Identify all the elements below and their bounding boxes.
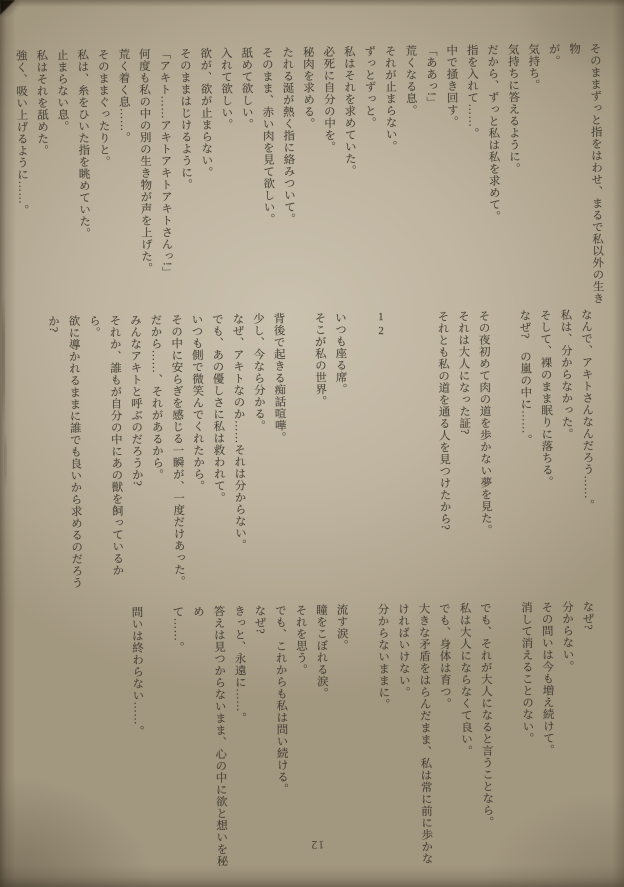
page-text-layer: そのままずっと指をはわせ、まるで私以外の生き物が。気持ち。気持ちに答えるように。… [0,0,624,887]
text-column: 流す涙。 [331,604,355,874]
text-column: なんで、アキトさんなんだろう……。 [575,309,599,585]
text-column: 秘肉を求める。 [297,46,321,314]
text-column: 荒く着く息……。 [113,48,137,316]
text-column: が。 [543,43,567,311]
text-column: でも、身体は育つ。 [433,602,457,872]
text-column: その問いは今も増え続けて。 [536,601,560,871]
text-column: いつも側で微笑んでくれたから。 [186,313,210,589]
text-column: だから……、それがあるから。 [145,314,169,590]
text-column: そのままずっと指をはわせ、まるで私以外の生き物 [564,42,608,310]
text-column: そのまま、赤い肉を見て欲しい。 [256,46,280,314]
text-column: それとも私の道を通る人を見つけたから? [432,310,456,586]
text-column: 強く、吸い上げるように……。 [10,49,34,317]
text-column: その中に安らぎを感じる一瞬が、一度だけあった。 [165,314,189,590]
text-column: 背後で起きる痴話喧嘩。 [268,312,292,588]
text-column: いつも座る席。 [329,312,353,588]
text-column: 「ああっ!」 [420,44,444,312]
text-column: でも、それが大人になると言うことなら。 [474,602,498,872]
text-column: 欲が、欲が止まらない。 [195,47,219,315]
text-column: そこが私の世界。 [309,312,333,588]
text-column: 荒くなる息。 [400,45,424,313]
text-column: 欲に導かれるままに誰でも良いから求めるのだろう [63,315,87,591]
text-band-top: そのままずっと指をはわせ、まるで私以外の生き物が。気持ち。気持ちに答えるように。… [10,42,608,317]
text-band-bottom: なぜ?分からない。その問いは今も増え続けて。消して消えることのない。 でも、それ… [126,601,601,877]
text-column: 気持ち。 [523,43,547,311]
text-column: それを思う。 [290,604,314,874]
text-column: きっと、永遠に……。 [228,605,252,875]
text-column: 何度も私の中の別の生き物が声を上げた。 [133,48,157,316]
text-column: 少し、今なら分かる。 [247,313,271,589]
text-column: ければいけない。 [392,603,416,873]
text-column: そのままぐったりと。 [92,48,116,316]
column-gap [391,311,415,587]
text-column: たれる涎が熱く指に絡みついて。 [277,46,301,314]
text-column: それか、誰もが自分の中にあの獣を飼っているか [104,314,128,590]
text-column: 止まらない息。 [51,49,75,317]
text-column: 入れて欲しい。 [215,47,239,315]
text-column: 大きな矛盾をはらんだまま、私は常に前に歩かな [413,603,437,873]
text-column: それが止まらない。 [379,45,403,313]
text-column: だから、ずっと私は私を求めて。 [482,44,506,312]
text-column: 消して消えることのない。 [515,601,539,871]
text-band-middle: なんで、アキトさんなんだろう……。私は、分からなかった。そして、裸のまま眠りに落… [42,309,599,592]
text-column: 舐めて欲しい。 [236,47,260,315]
text-column: なぜ? [577,601,601,871]
text-column: でも、あの優しさに私は救われて。 [206,313,230,589]
column-gap [351,603,375,873]
text-column: 私はそれを舐めた。 [31,49,55,317]
text-column: 答えは見つからないまま、心の中に欲と想いを秘め [187,605,231,875]
text-column: そのままはじけるように。 [174,47,198,315]
text-column: 私は、糸をひいた指を眺めていた。 [72,49,96,317]
text-column: 分からないままに。 [372,603,396,873]
text-column: ずっとずっと。 [359,45,383,313]
page-number: 12 [304,837,330,852]
text-column: みんなアキトと呼ぶのだろうか? [124,314,148,590]
text-column: その夜初めて肉の道を歩かない夢を見た。 [473,310,497,586]
column-gap [350,311,374,587]
text-column: 私は、分からなかった。 [555,309,579,585]
text-column: 必死に自分の中を。 [318,46,342,314]
scanned-page: そのままずっと指をはわせ、まるで私以外の生き物が。気持ち。気持ちに答えるように。… [0,0,624,887]
column-gap [146,606,170,876]
section-number: 12 [370,311,394,587]
text-column: でも、これからも私は問い続ける。 [269,604,293,874]
text-column: 中で掻き回す。 [441,44,465,312]
text-column: て……。 [167,606,191,876]
text-column: なぜ? の嵐の中に……。 [514,309,538,585]
text-column: 瞳をこぼれる涙。 [310,604,334,874]
text-column: それは大人になった証? [452,310,476,586]
text-column: 気持ちに答えるように。 [502,43,526,311]
text-column: 私はそれを求めていた。 [338,45,362,313]
text-column: 私は大人にならなくて良い。 [454,602,478,872]
text-column: 「アキト……アキトアキトアキトさんっ!」 [154,48,178,316]
text-column: なぜ、アキトなのか……それは分からない。 [227,313,251,589]
text-column: そして、裸のまま眠りに落ちる。 [534,309,558,585]
text-column: 指を入れて……。 [461,44,485,312]
text-column: 分からない。 [556,601,580,871]
text-column: 問いは終わらない……。 [126,606,150,876]
